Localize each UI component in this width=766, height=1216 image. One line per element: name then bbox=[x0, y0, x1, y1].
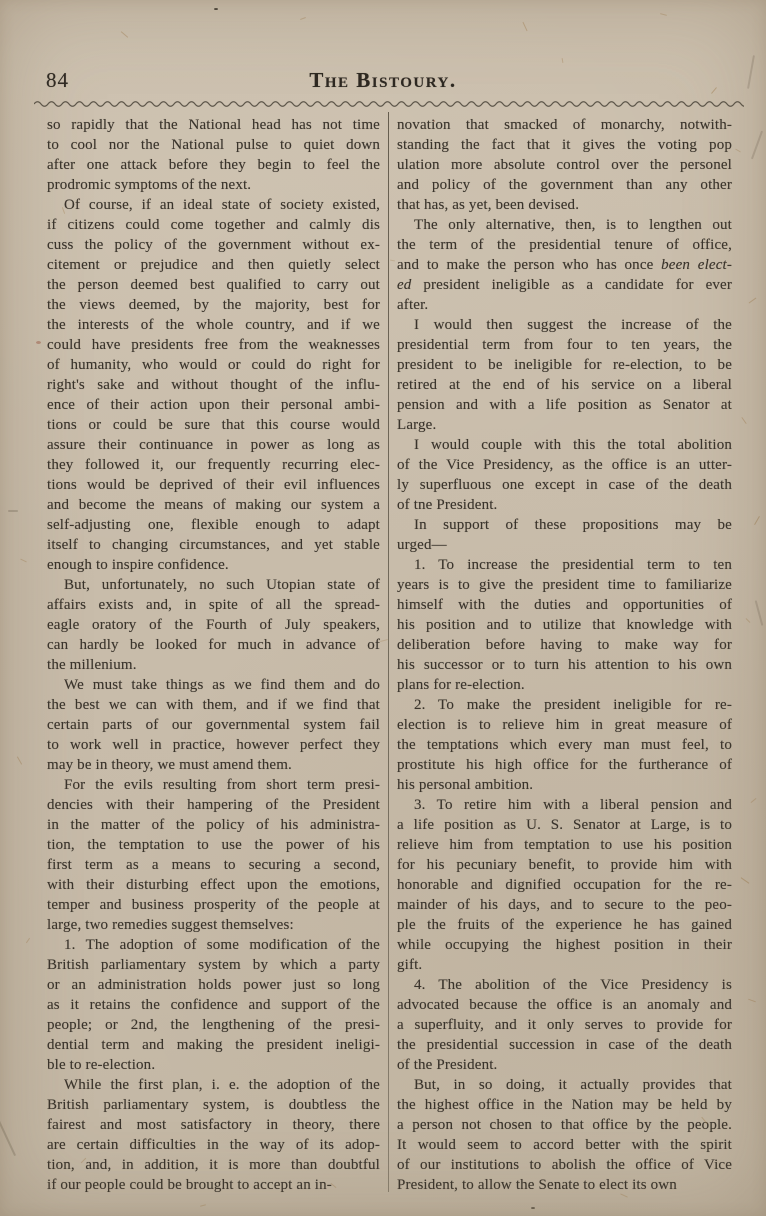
text-line: 1. To increase the presidential term to … bbox=[397, 555, 732, 575]
paper-fiber bbox=[562, 58, 564, 63]
paper-fiber bbox=[660, 13, 667, 16]
text-line: certain parts of our governmental system… bbox=[47, 715, 380, 735]
text-line: 3. To retire him with a liberal pension … bbox=[397, 795, 732, 815]
text-line: We must take things as we find them and … bbox=[47, 675, 380, 695]
text-line: advocated because the office is an anoma… bbox=[397, 995, 732, 1015]
margin-mark bbox=[751, 131, 763, 160]
paragraph: novation that smacked of monarchy, notwi… bbox=[397, 115, 732, 215]
text-line: if citizens could come together and calm… bbox=[47, 215, 380, 235]
text-line: presidential term from four to ten years… bbox=[397, 335, 732, 355]
text-line: the presidential succession in case of t… bbox=[397, 1035, 732, 1055]
text-line: the millenium. bbox=[47, 655, 380, 675]
text-line: to work well in practice, however perfec… bbox=[47, 735, 380, 755]
paragraph: For the evils resulting from short term … bbox=[47, 775, 380, 935]
text-line: the best we can with them, and if we fin… bbox=[47, 695, 380, 715]
text-line: they followed it, our frequently recurri… bbox=[47, 455, 380, 475]
text-line: first term as a means to securing a seco… bbox=[47, 855, 380, 875]
text-line: self-adjusting one, flexible enough to a… bbox=[47, 515, 380, 535]
text-line: deliberation before having to make way f… bbox=[397, 635, 732, 655]
text-line: tion, the temptation to use the power of… bbox=[47, 835, 380, 855]
paper-fiber bbox=[749, 298, 757, 304]
paragraph: 2. To make the president ineligible for … bbox=[397, 695, 732, 795]
text-line: cuss the policy of the government withou… bbox=[47, 235, 380, 255]
paper-fiber bbox=[380, 639, 388, 642]
paragraph: While the first plan, i. e. the adoption… bbox=[47, 1075, 380, 1195]
paragraph: We must take things as we find them and … bbox=[47, 675, 380, 775]
text-line: tions would be deprived of their evil in… bbox=[47, 475, 380, 495]
text-line: I would couple with this the total aboli… bbox=[397, 435, 732, 455]
text-line: ly superfluous one except in case of the… bbox=[397, 475, 732, 495]
text-line: the temptations which every man must fee… bbox=[397, 735, 732, 755]
text-line: of the Vice Presidency, as the office is… bbox=[397, 455, 732, 475]
text-line: Large. bbox=[397, 415, 732, 435]
text-line: standing the fact that it gives the voti… bbox=[397, 135, 732, 155]
text-line: 4. The abolition of the Vice Presidency … bbox=[397, 975, 732, 995]
column-divider-rule bbox=[388, 112, 389, 1192]
text-line: urged— bbox=[397, 535, 732, 555]
right-column: novation that smacked of monarchy, notwi… bbox=[397, 115, 732, 1195]
text-line: prostitute his high office for the furth… bbox=[397, 755, 732, 775]
text-line: itself to changing circumstances, and ye… bbox=[47, 535, 380, 555]
text-line: or an administration holds power just so… bbox=[47, 975, 380, 995]
text-line: of humanity, who would or could do right… bbox=[47, 355, 380, 375]
paper-fiber bbox=[26, 938, 30, 943]
text-line: large, two remedies suggest themselves: bbox=[47, 915, 380, 935]
text-line: prodromic symptoms of the next. bbox=[47, 175, 380, 195]
paragraph: In support of these propositions may beu… bbox=[397, 515, 732, 555]
text-line: election is to relieve him in great meas… bbox=[397, 715, 732, 735]
text-line: while occupying the highest position in … bbox=[397, 935, 732, 955]
left-column: so rapidly that the National head has no… bbox=[47, 115, 380, 1195]
text-line: tions or could be sure that this course … bbox=[47, 415, 380, 435]
text-line: citement or prejudice and then quietly s… bbox=[47, 255, 380, 275]
text-line: are certain difficulties in the way of i… bbox=[47, 1135, 380, 1155]
text-line: his personal ambition. bbox=[397, 775, 732, 795]
text-line: President, to allow the Senate to elect … bbox=[397, 1175, 732, 1195]
text-line: for his pecuniary benefit, to provide hi… bbox=[397, 855, 732, 875]
paper-fiber bbox=[300, 17, 306, 20]
paper-fiber bbox=[200, 1204, 206, 1207]
paper-fiber bbox=[750, 798, 756, 803]
text-line: In support of these propositions may be bbox=[397, 515, 732, 535]
text-line: and become the means of making our syste… bbox=[47, 495, 380, 515]
text-line: the person deemed best qualified to carr… bbox=[47, 275, 380, 295]
text-line: if our people could be brought to accept… bbox=[47, 1175, 380, 1195]
paper-fiber bbox=[522, 22, 527, 31]
paragraph: 1. To increase the presidential term to … bbox=[397, 555, 732, 695]
text-line: to cool nor the National pulse to quiet … bbox=[47, 135, 380, 155]
paper-fiber bbox=[741, 877, 750, 884]
paragraph: so rapidly that the National head has no… bbox=[47, 115, 380, 195]
text-line: assure their continuance in power as lon… bbox=[47, 435, 380, 455]
text-line: in the matter of the policy of his admin… bbox=[47, 815, 380, 835]
text-line: his successor or to turn his attention t… bbox=[397, 655, 732, 675]
text-line: eagle oratory of the Fourth of July spea… bbox=[47, 615, 380, 635]
paragraph: But, in so doing, it actually provides t… bbox=[397, 1075, 732, 1195]
paragraph: 1. The adoption of some modification of … bbox=[47, 935, 380, 1075]
text-line: a life position as U. S. Senator at Larg… bbox=[397, 815, 732, 835]
text-line: ble to re-election. bbox=[47, 1055, 380, 1075]
text-line: relieve him from temptation to use his p… bbox=[397, 835, 732, 855]
margin-mark bbox=[0, 1112, 16, 1156]
text-line: of tne President. bbox=[397, 495, 732, 515]
text-line: gift. bbox=[397, 955, 732, 975]
paper-fiber bbox=[390, 260, 395, 262]
text-line: and to make the person who has once been… bbox=[397, 255, 732, 275]
text-line: pension and with a life position as Sena… bbox=[397, 395, 732, 415]
text-line: after. bbox=[397, 295, 732, 315]
text-line: plans for re-election. bbox=[397, 675, 732, 695]
text-line: But, unfortunately, no such Utopian stat… bbox=[47, 575, 380, 595]
text-line: British parliamentary system, is doubtle… bbox=[47, 1095, 380, 1115]
text-line: affairs exists and, in spite of all the … bbox=[47, 595, 380, 615]
text-line: novation that smacked of monarchy, notwi… bbox=[397, 115, 732, 135]
text-line: that has, as yet, been devised. bbox=[397, 195, 732, 215]
paper-fiber bbox=[121, 31, 129, 38]
text-line: may be in theory, we must amend them. bbox=[47, 755, 380, 775]
text-line: ence of their action upon their personal… bbox=[47, 395, 380, 415]
text-line: dencies with their hampering of the Pres… bbox=[47, 795, 380, 815]
text-line: Of course, if an ideal state of society … bbox=[47, 195, 380, 215]
ink-speck bbox=[36, 341, 41, 344]
text-line: the highest office in the Nation may be … bbox=[397, 1095, 732, 1115]
text-line: ed president ineligible as a candidate f… bbox=[397, 275, 732, 295]
text-line: British parliamentary system by which a … bbox=[47, 955, 380, 975]
text-line: his position and to utilize that knowled… bbox=[397, 615, 732, 635]
text-line: the views deemed, by the majority, best … bbox=[47, 295, 380, 315]
text-line: enough to inspire confidence. bbox=[47, 555, 380, 575]
paragraph: Of course, if an ideal state of society … bbox=[47, 195, 380, 575]
text-line: But, in so doing, it actually provides t… bbox=[397, 1075, 732, 1095]
wavy-divider-rule bbox=[34, 98, 744, 110]
text-line: honorable and dignified occupation for t… bbox=[397, 875, 732, 895]
text-line: It would seem to accord better with the … bbox=[397, 1135, 732, 1155]
text-line: of the President. bbox=[397, 1055, 732, 1075]
text-line: and policy of the government than any ot… bbox=[397, 175, 732, 195]
text-line: of our institutions to abolish the offic… bbox=[397, 1155, 732, 1175]
text-line: ple the fruits of the experience he has … bbox=[397, 915, 732, 935]
paragraph: I would couple with this the total aboli… bbox=[397, 435, 732, 515]
text-line: after one attack before they begin to fe… bbox=[47, 155, 380, 175]
text-line: so rapidly that the National head has no… bbox=[47, 115, 380, 135]
text-line: a superfluity, and it only serves to pro… bbox=[397, 1015, 732, 1035]
text-line: 1. The adoption of some modification of … bbox=[47, 935, 380, 955]
text-line: with their disturbing effect upon the em… bbox=[47, 875, 380, 895]
text-line: While the first plan, i. e. the adoption… bbox=[47, 1075, 380, 1095]
text-line: ulation more absolute control over the p… bbox=[397, 155, 732, 175]
text-line: the interests of the whole country, and … bbox=[47, 315, 380, 335]
text-line: people; or 2nd, the lengthening of the p… bbox=[47, 1015, 380, 1035]
text-line: 2. To make the president ineligible for … bbox=[397, 695, 732, 715]
text-line: mainder of his days, and to secure to th… bbox=[397, 895, 732, 915]
text-line: The only alternative, then, is to length… bbox=[397, 215, 732, 235]
text-line: fairest and most satisfactory in theory,… bbox=[47, 1115, 380, 1135]
ink-speck bbox=[214, 8, 218, 10]
paper-fiber bbox=[17, 756, 22, 764]
text-line: the term of the presidential tenure of o… bbox=[397, 235, 732, 255]
paper-fiber bbox=[746, 618, 751, 623]
text-line: can hardly be looked for much in advance… bbox=[47, 635, 380, 655]
page-title: The Bistoury. bbox=[0, 68, 766, 93]
paper-fiber bbox=[748, 999, 756, 1003]
text-line: right's sake and without thought of the … bbox=[47, 375, 380, 395]
text-line: tion, and, in addition, it is more than … bbox=[47, 1155, 380, 1175]
ink-speck bbox=[531, 1207, 535, 1209]
paper-fiber bbox=[735, 149, 741, 153]
text-line: himself with the duties and opportunitie… bbox=[397, 595, 732, 615]
text-line: temper and business prosperity of the pe… bbox=[47, 895, 380, 915]
scanned-page: 84 The Bistoury. so rapidly that the Nat… bbox=[0, 0, 766, 1216]
paragraph: The only alternative, then, is to length… bbox=[397, 215, 732, 315]
text-line: could have presidents free from the weak… bbox=[47, 335, 380, 355]
text-line: a person not chosen to that office by th… bbox=[397, 1115, 732, 1135]
paragraph: 3. To retire him with a liberal pension … bbox=[397, 795, 732, 975]
paragraph: I would then suggest the increase of the… bbox=[397, 315, 732, 435]
text-line: retired at the end of his service on a l… bbox=[397, 375, 732, 395]
text-line: For the evils resulting from short term … bbox=[47, 775, 380, 795]
text-line: president to be ineligible for re-electi… bbox=[397, 355, 732, 375]
text-line: I would then suggest the increase of the bbox=[397, 315, 732, 335]
text-line: as it retains the confidence and support… bbox=[47, 995, 380, 1015]
paper-fiber bbox=[20, 559, 27, 563]
paper-fiber bbox=[741, 417, 746, 424]
paragraph: But, unfortunately, no such Utopian stat… bbox=[47, 575, 380, 675]
margin-mark bbox=[8, 510, 18, 512]
paragraph: 4. The abolition of the Vice Presidency … bbox=[397, 975, 732, 1075]
text-line: dential term and making the president in… bbox=[47, 1035, 380, 1055]
paper-fiber bbox=[754, 516, 760, 525]
text-line: years is to give the president time to f… bbox=[397, 575, 732, 595]
margin-mark bbox=[755, 600, 764, 626]
